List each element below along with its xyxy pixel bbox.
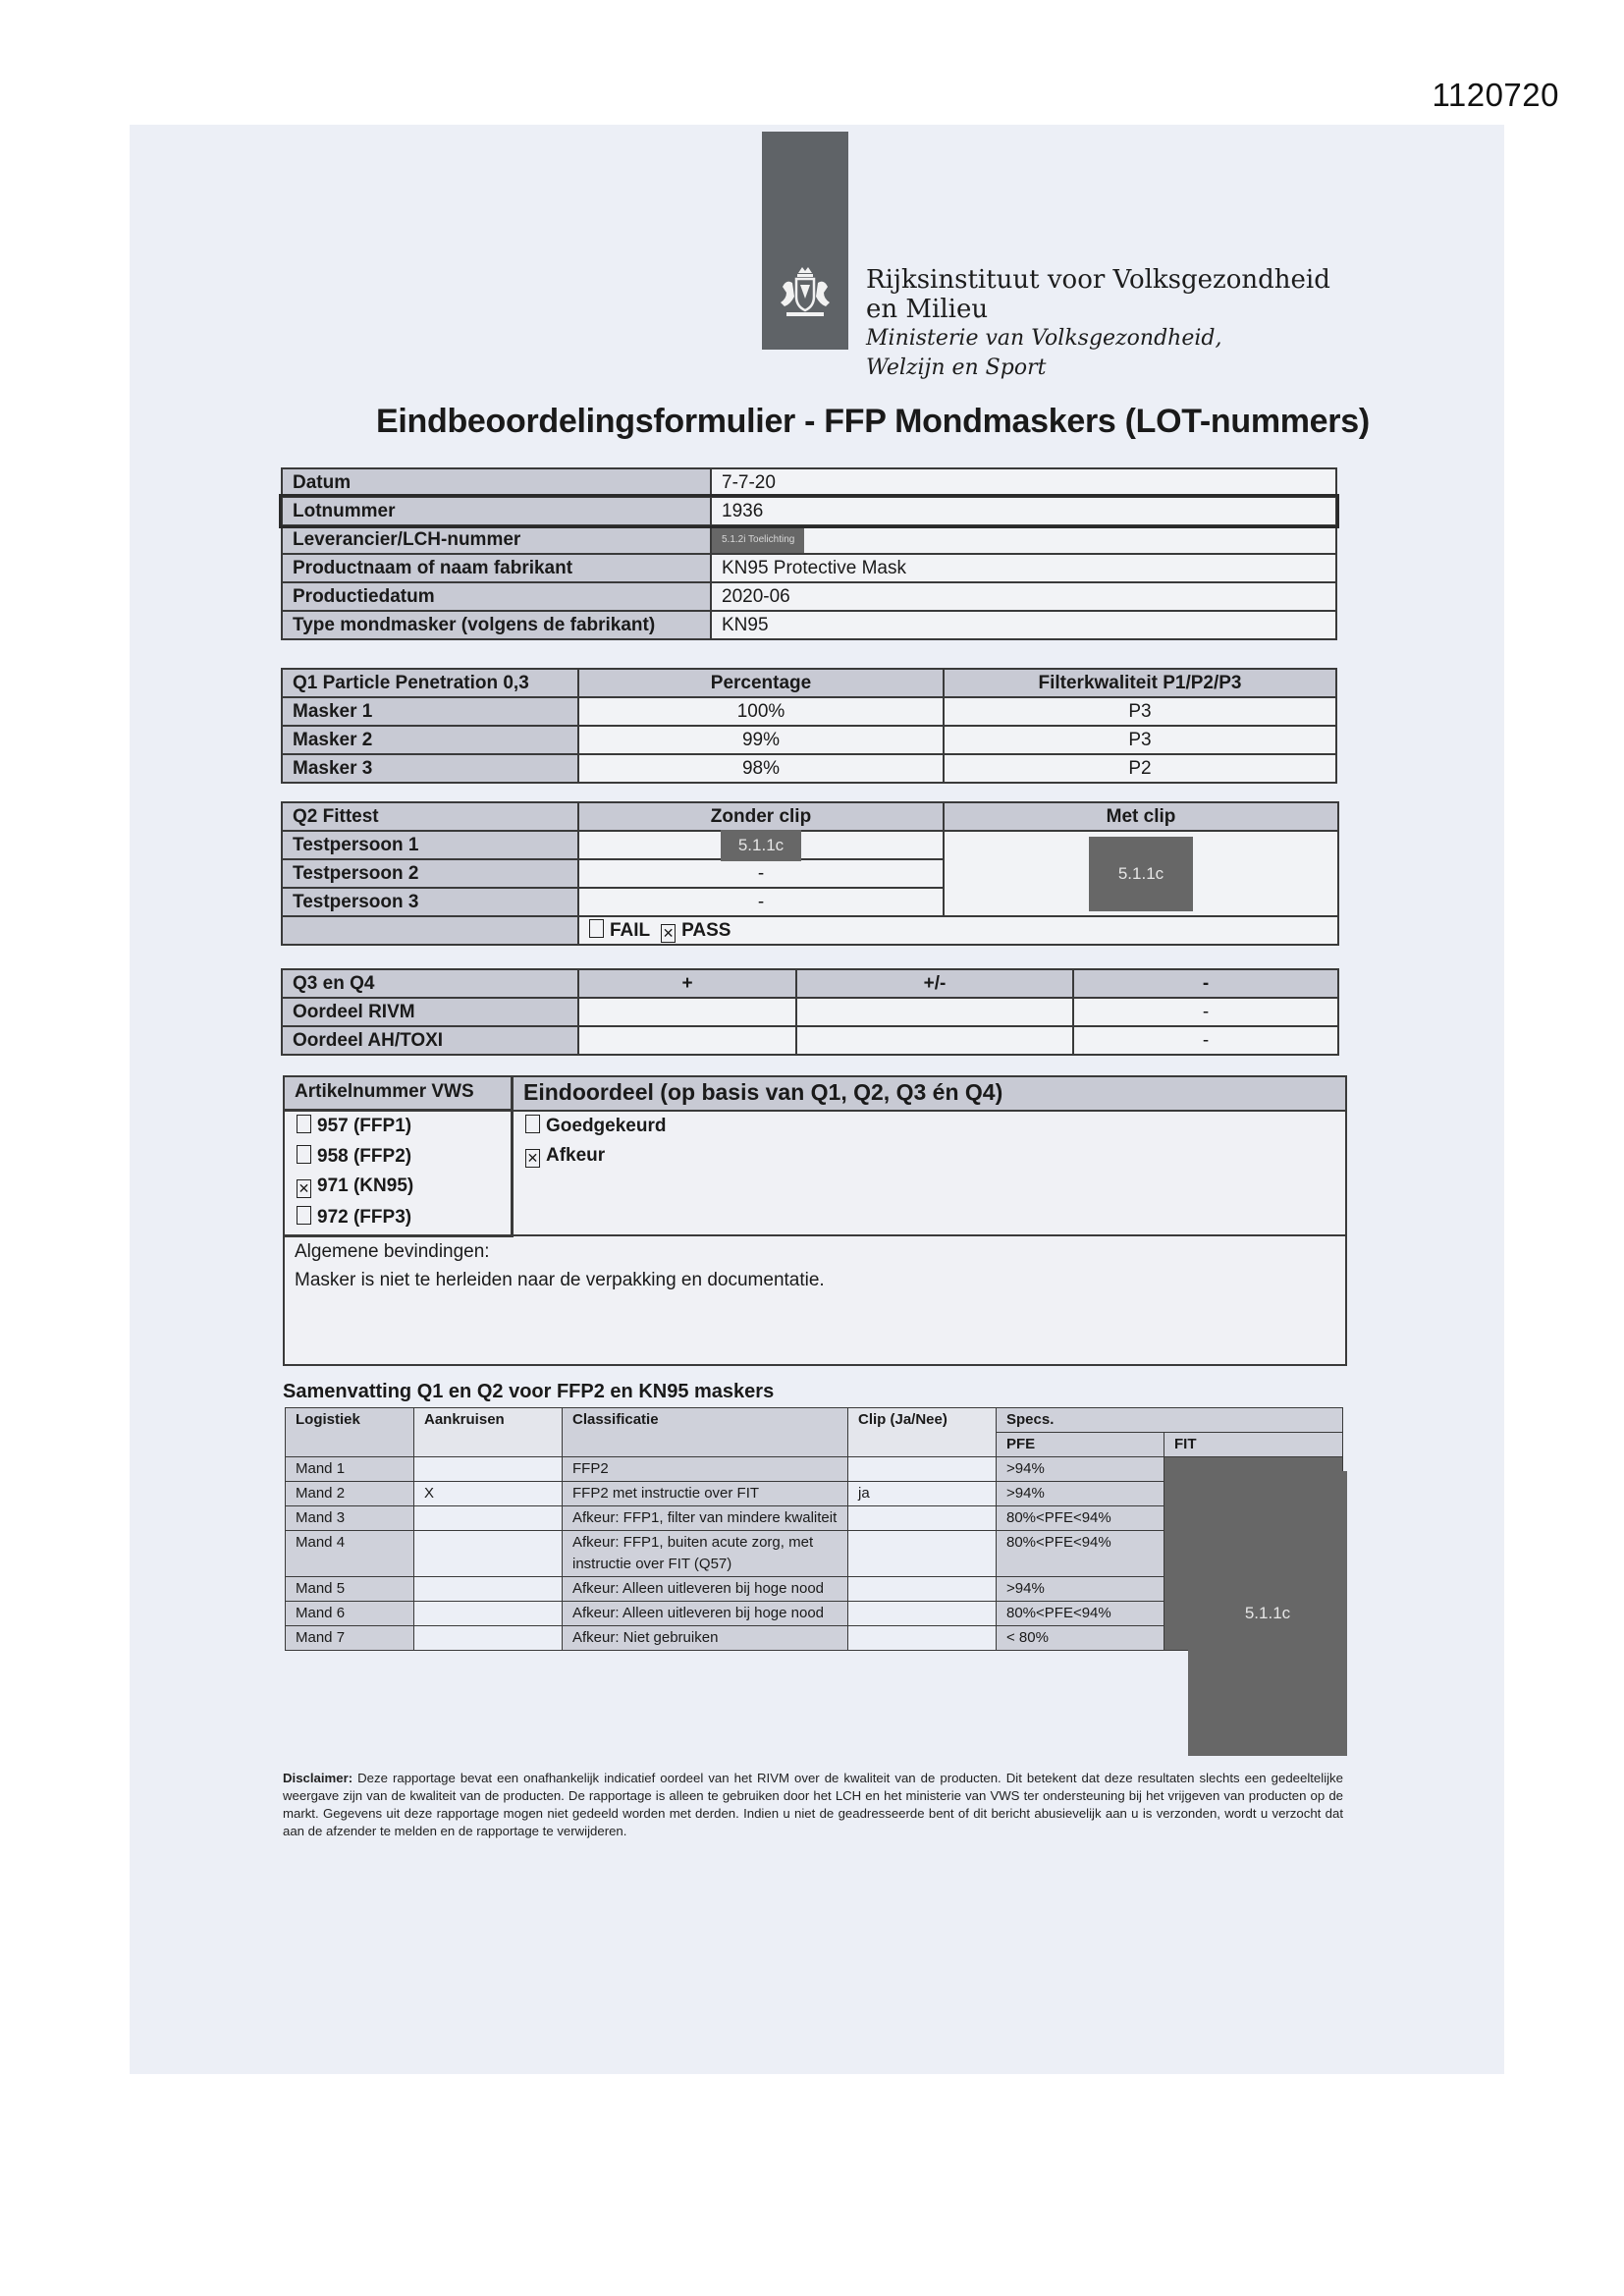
article-option[interactable]: ✕971 (KN95) — [285, 1173, 511, 1203]
q1-filter: P3 — [944, 726, 1336, 754]
article-option[interactable]: 957 (FFP1) — [285, 1112, 511, 1142]
sum-header-pfe: PFE — [997, 1433, 1164, 1457]
q2-header-met-clip: Met clip — [944, 802, 1338, 831]
q1-mask-label: Masker 3 — [282, 754, 578, 783]
findings-text: Masker is niet te herleiden naar de verp… — [295, 1266, 825, 1294]
summary-cell-aankruisen — [414, 1577, 563, 1602]
verdict-panel: Eindoordeel (op basis van Q1, Q2, Q3 én … — [514, 1077, 1345, 1236]
final-verdict-box: Artikelnummer VWS 957 (FFP1)958 (FFP2)✕9… — [283, 1075, 1347, 1366]
q3q4-row-label: Oordeel RIVM — [282, 998, 578, 1026]
checked-checkbox-icon[interactable]: ✕ — [297, 1179, 311, 1198]
q2-person-label: Testpersoon 3 — [282, 888, 578, 916]
q2-person-label: Testpersoon 1 — [282, 831, 578, 859]
document-id: 1120720 — [1432, 77, 1559, 114]
summary-cell-aankruisen — [414, 1506, 563, 1531]
disclaimer: Disclaimer: Deze rapportage bevat een on… — [283, 1770, 1343, 1840]
summary-cell-classificatie: FFP2 met instructie over FIT — [563, 1482, 848, 1506]
info-row-type: Type mondmasker (volgens de fabrikant)KN… — [282, 611, 1336, 639]
article-option-label: 971 (KN95) — [317, 1175, 413, 1196]
q1-row: Masker 299%P3 — [282, 726, 1336, 754]
q2-header-zonder-clip: Zonder clip — [578, 802, 944, 831]
q2-zonder-value: - — [578, 888, 944, 916]
verdict-header: Eindoordeel (op basis van Q1, Q2, Q3 én … — [514, 1077, 1345, 1112]
q3q4-header-plus: + — [578, 969, 796, 998]
summary-cell-aankruisen — [414, 1602, 563, 1626]
q3q4-row: Oordeel AH/TOXI- — [282, 1026, 1338, 1055]
q1-percentage: 100% — [578, 697, 944, 726]
q1-particle-penetration-table: Q1 Particle Penetration 0,3 Percentage F… — [281, 668, 1337, 784]
summary-cell-aankruisen — [414, 1531, 563, 1577]
checkbox-icon[interactable] — [297, 1145, 311, 1164]
q2-zonder-value: - — [578, 859, 944, 888]
summary-cell-clip — [848, 1577, 997, 1602]
q1-percentage: 99% — [578, 726, 944, 754]
ministry-line-1: Ministerie van Volksgezondheid, — [866, 324, 1330, 354]
ministry-line-2: Welzijn en Sport — [866, 354, 1330, 383]
q2-header-label: Q2 Fittest — [282, 802, 578, 831]
summary-cell-clip — [848, 1602, 997, 1626]
summary-cell-mand: Mand 6 — [286, 1602, 414, 1626]
checkbox-icon[interactable] — [297, 1115, 311, 1133]
q1-mask-label: Masker 2 — [282, 726, 578, 754]
sum-header-specs: Specs. — [997, 1408, 1343, 1433]
q3q4-plusminus — [796, 998, 1073, 1026]
general-findings: Algemene bevindingen: Masker is niet te … — [295, 1237, 825, 1294]
q1-header-percentage: Percentage — [578, 669, 944, 697]
summary-cell-mand: Mand 3 — [286, 1506, 414, 1531]
summary-cell-mand: Mand 5 — [286, 1577, 414, 1602]
q1-percentage: 98% — [578, 754, 944, 783]
label-productiedatum: Productiedatum — [282, 582, 711, 611]
summary-cell-pfe: >94% — [997, 1577, 1164, 1602]
summary-cell-classificatie: Afkeur: Niet gebruiken — [563, 1626, 848, 1651]
q3q4-plus — [578, 998, 796, 1026]
summary-cell-classificatie: Afkeur: FFP1, buiten acute zorg, met ins… — [563, 1531, 848, 1577]
summary-cell-pfe: 80%<PFE<94% — [997, 1531, 1164, 1577]
q2-result-row: FAIL ✕PASS — [282, 916, 1338, 945]
redaction-box: 5.1.1c — [721, 830, 801, 861]
disclaimer-label: Disclaimer: — [283, 1771, 352, 1785]
label-productnaam: Productnaam of naam fabrikant — [282, 554, 711, 582]
org-line-2: en Milieu — [866, 295, 1330, 324]
value-productnaam: KN95 Protective Mask — [711, 554, 1336, 582]
value-productiedatum: 2020-06 — [711, 582, 1336, 611]
q1-filter: P2 — [944, 754, 1336, 783]
summary-cell-clip — [848, 1626, 997, 1651]
org-line-1: Rijksinstituut voor Volksgezondheid — [866, 265, 1330, 295]
findings-label: Algemene bevindingen: — [295, 1237, 825, 1266]
q2-zonder-value: 5.1.1c — [578, 831, 944, 859]
q3q4-plusminus — [796, 1026, 1073, 1055]
q3q4-header-plusminus: +/- — [796, 969, 1073, 998]
q1-filter: P3 — [944, 697, 1336, 726]
summary-cell-mand: Mand 7 — [286, 1626, 414, 1651]
redaction-box: 5.1.1c — [1089, 837, 1193, 911]
q1-row: Masker 398%P2 — [282, 754, 1336, 783]
sum-header-aankruisen: Aankruisen — [414, 1408, 563, 1457]
checkbox-icon[interactable] — [297, 1206, 311, 1225]
sum-header-clip: Clip (Ja/Nee) — [848, 1408, 997, 1457]
summary-cell-pfe: 80%<PFE<94% — [997, 1602, 1164, 1626]
info-row-productiedatum: Productiedatum2020-06 — [282, 582, 1336, 611]
value-leverancier: 5.1.2i Toelichting — [711, 525, 1336, 554]
summary-cell-aankruisen — [414, 1457, 563, 1482]
summary-title: Samenvatting Q1 en Q2 voor FFP2 en KN95 … — [283, 1381, 774, 1403]
article-option[interactable]: 958 (FFP2) — [285, 1142, 511, 1173]
product-info-table: Datum7-7-20 Lotnummer1936 Leverancier/LC… — [281, 467, 1337, 640]
value-lotnummer: 1936 — [711, 497, 1336, 525]
fit-redaction-box: 5.1.1c — [1188, 1471, 1347, 1756]
verdict-option-label: Afkeur — [546, 1145, 605, 1166]
article-option-label: 958 (FFP2) — [317, 1146, 411, 1167]
q2-fittest-table: Q2 Fittest Zonder clip Met clip Testpers… — [281, 801, 1339, 946]
royal-coat-of-arms-icon — [773, 263, 838, 328]
checkbox-icon[interactable] — [525, 1115, 540, 1133]
article-option-label: 972 (FFP3) — [317, 1207, 411, 1228]
article-option-label: 957 (FFP1) — [317, 1116, 411, 1136]
summary-cell-aankruisen: X — [414, 1482, 563, 1506]
q3q4-header-minus: - — [1073, 969, 1338, 998]
fail-label: FAIL — [610, 920, 650, 941]
fail-checkbox[interactable] — [589, 919, 604, 938]
article-number-panel: Artikelnummer VWS 957 (FFP1)958 (FFP2)✕9… — [285, 1077, 514, 1237]
label-type: Type mondmasker (volgens de fabrikant) — [282, 611, 711, 639]
redaction-box: 5.1.2i Toelichting — [712, 526, 804, 553]
info-row-datum: Datum7-7-20 — [282, 468, 1336, 497]
summary-cell-clip — [848, 1506, 997, 1531]
form-title: Eindbeoordelingsformulier - FFP Mondmask… — [376, 403, 1370, 441]
q3q4-minus: - — [1073, 1026, 1338, 1055]
q1-row: Masker 1100%P3 — [282, 697, 1336, 726]
q3q4-plus — [578, 1026, 796, 1055]
sum-header-logistiek: Logistiek — [286, 1408, 414, 1457]
summary-cell-clip — [848, 1531, 997, 1577]
q3q4-row-label: Oordeel AH/TOXI — [282, 1026, 578, 1055]
q3q4-header-label: Q3 en Q4 — [282, 969, 578, 998]
summary-cell-classificatie: FFP2 — [563, 1457, 848, 1482]
q3q4-minus: - — [1073, 998, 1338, 1026]
summary-cell-pfe: >94% — [997, 1482, 1164, 1506]
summary-cell-pfe: >94% — [997, 1457, 1164, 1482]
pass-label: PASS — [681, 920, 731, 941]
q1-header-label: Q1 Particle Penetration 0,3 — [282, 669, 578, 697]
summary-cell-pfe: 80%<PFE<94% — [997, 1506, 1164, 1531]
article-option[interactable]: 972 (FFP3) — [285, 1203, 511, 1233]
sum-header-classificatie: Classificatie — [563, 1408, 848, 1457]
label-leverancier: Leverancier/LCH-nummer — [282, 525, 711, 554]
summary-cell-mand: Mand 4 — [286, 1531, 414, 1577]
info-row-leverancier: Leverancier/LCH-nummer5.1.2i Toelichting — [282, 525, 1336, 554]
q3q4-row: Oordeel RIVM- — [282, 998, 1338, 1026]
q2-result: FAIL ✕PASS — [578, 916, 1338, 945]
summary-row: Mand 1FFP2>94% — [286, 1457, 1343, 1482]
article-header: Artikelnummer VWS — [285, 1077, 511, 1112]
value-type: KN95 — [711, 611, 1336, 639]
info-row-lotnummer: Lotnummer1936 — [282, 497, 1336, 525]
sum-header-fit: FIT — [1164, 1433, 1343, 1457]
summary-cell-clip: ja — [848, 1482, 997, 1506]
q2-row: Testpersoon 1 5.1.1c 5.1.1c — [282, 831, 1338, 859]
summary-cell-aankruisen — [414, 1626, 563, 1651]
label-lotnummer: Lotnummer — [282, 497, 711, 525]
organization-name: Rijksinstituut voor Volksgezondheid en M… — [866, 265, 1330, 383]
q1-header-filter: Filterkwaliteit P1/P2/P3 — [944, 669, 1336, 697]
q2-met-value: 5.1.1c — [944, 831, 1338, 916]
summary-table: Logistiek Aankruisen Classificatie Clip … — [285, 1407, 1343, 1651]
q1-mask-label: Masker 1 — [282, 697, 578, 726]
summary-cell-classificatie: Afkeur: FFP1, filter van mindere kwalite… — [563, 1506, 848, 1531]
summary-cell-mand: Mand 2 — [286, 1482, 414, 1506]
summary-cell-pfe: < 80% — [997, 1626, 1164, 1651]
checked-checkbox-icon[interactable]: ✕ — [525, 1149, 540, 1168]
value-datum: 7-7-20 — [711, 468, 1336, 497]
summary-cell-clip — [848, 1457, 997, 1482]
q3-q4-table: Q3 en Q4 + +/- - Oordeel RIVM- Oordeel A… — [281, 968, 1339, 1056]
label-datum: Datum — [282, 468, 711, 497]
verdict-option[interactable]: ✕Afkeur — [514, 1142, 1345, 1173]
info-row-productnaam: Productnaam of naam fabrikantKN95 Protec… — [282, 554, 1336, 582]
disclaimer-text: Deze rapportage bevat een onafhankelijk … — [283, 1771, 1343, 1838]
summary-cell-mand: Mand 1 — [286, 1457, 414, 1482]
verdict-option[interactable]: Goedgekeurd — [514, 1112, 1345, 1142]
summary-cell-classificatie: Afkeur: Alleen uitleveren bij hoge nood — [563, 1602, 848, 1626]
q2-person-label: Testpersoon 2 — [282, 859, 578, 888]
pass-checkbox[interactable]: ✕ — [661, 924, 676, 943]
verdict-option-label: Goedgekeurd — [546, 1116, 666, 1136]
summary-cell-classificatie: Afkeur: Alleen uitleveren bij hoge nood — [563, 1577, 848, 1602]
q2-result-label — [282, 916, 578, 945]
